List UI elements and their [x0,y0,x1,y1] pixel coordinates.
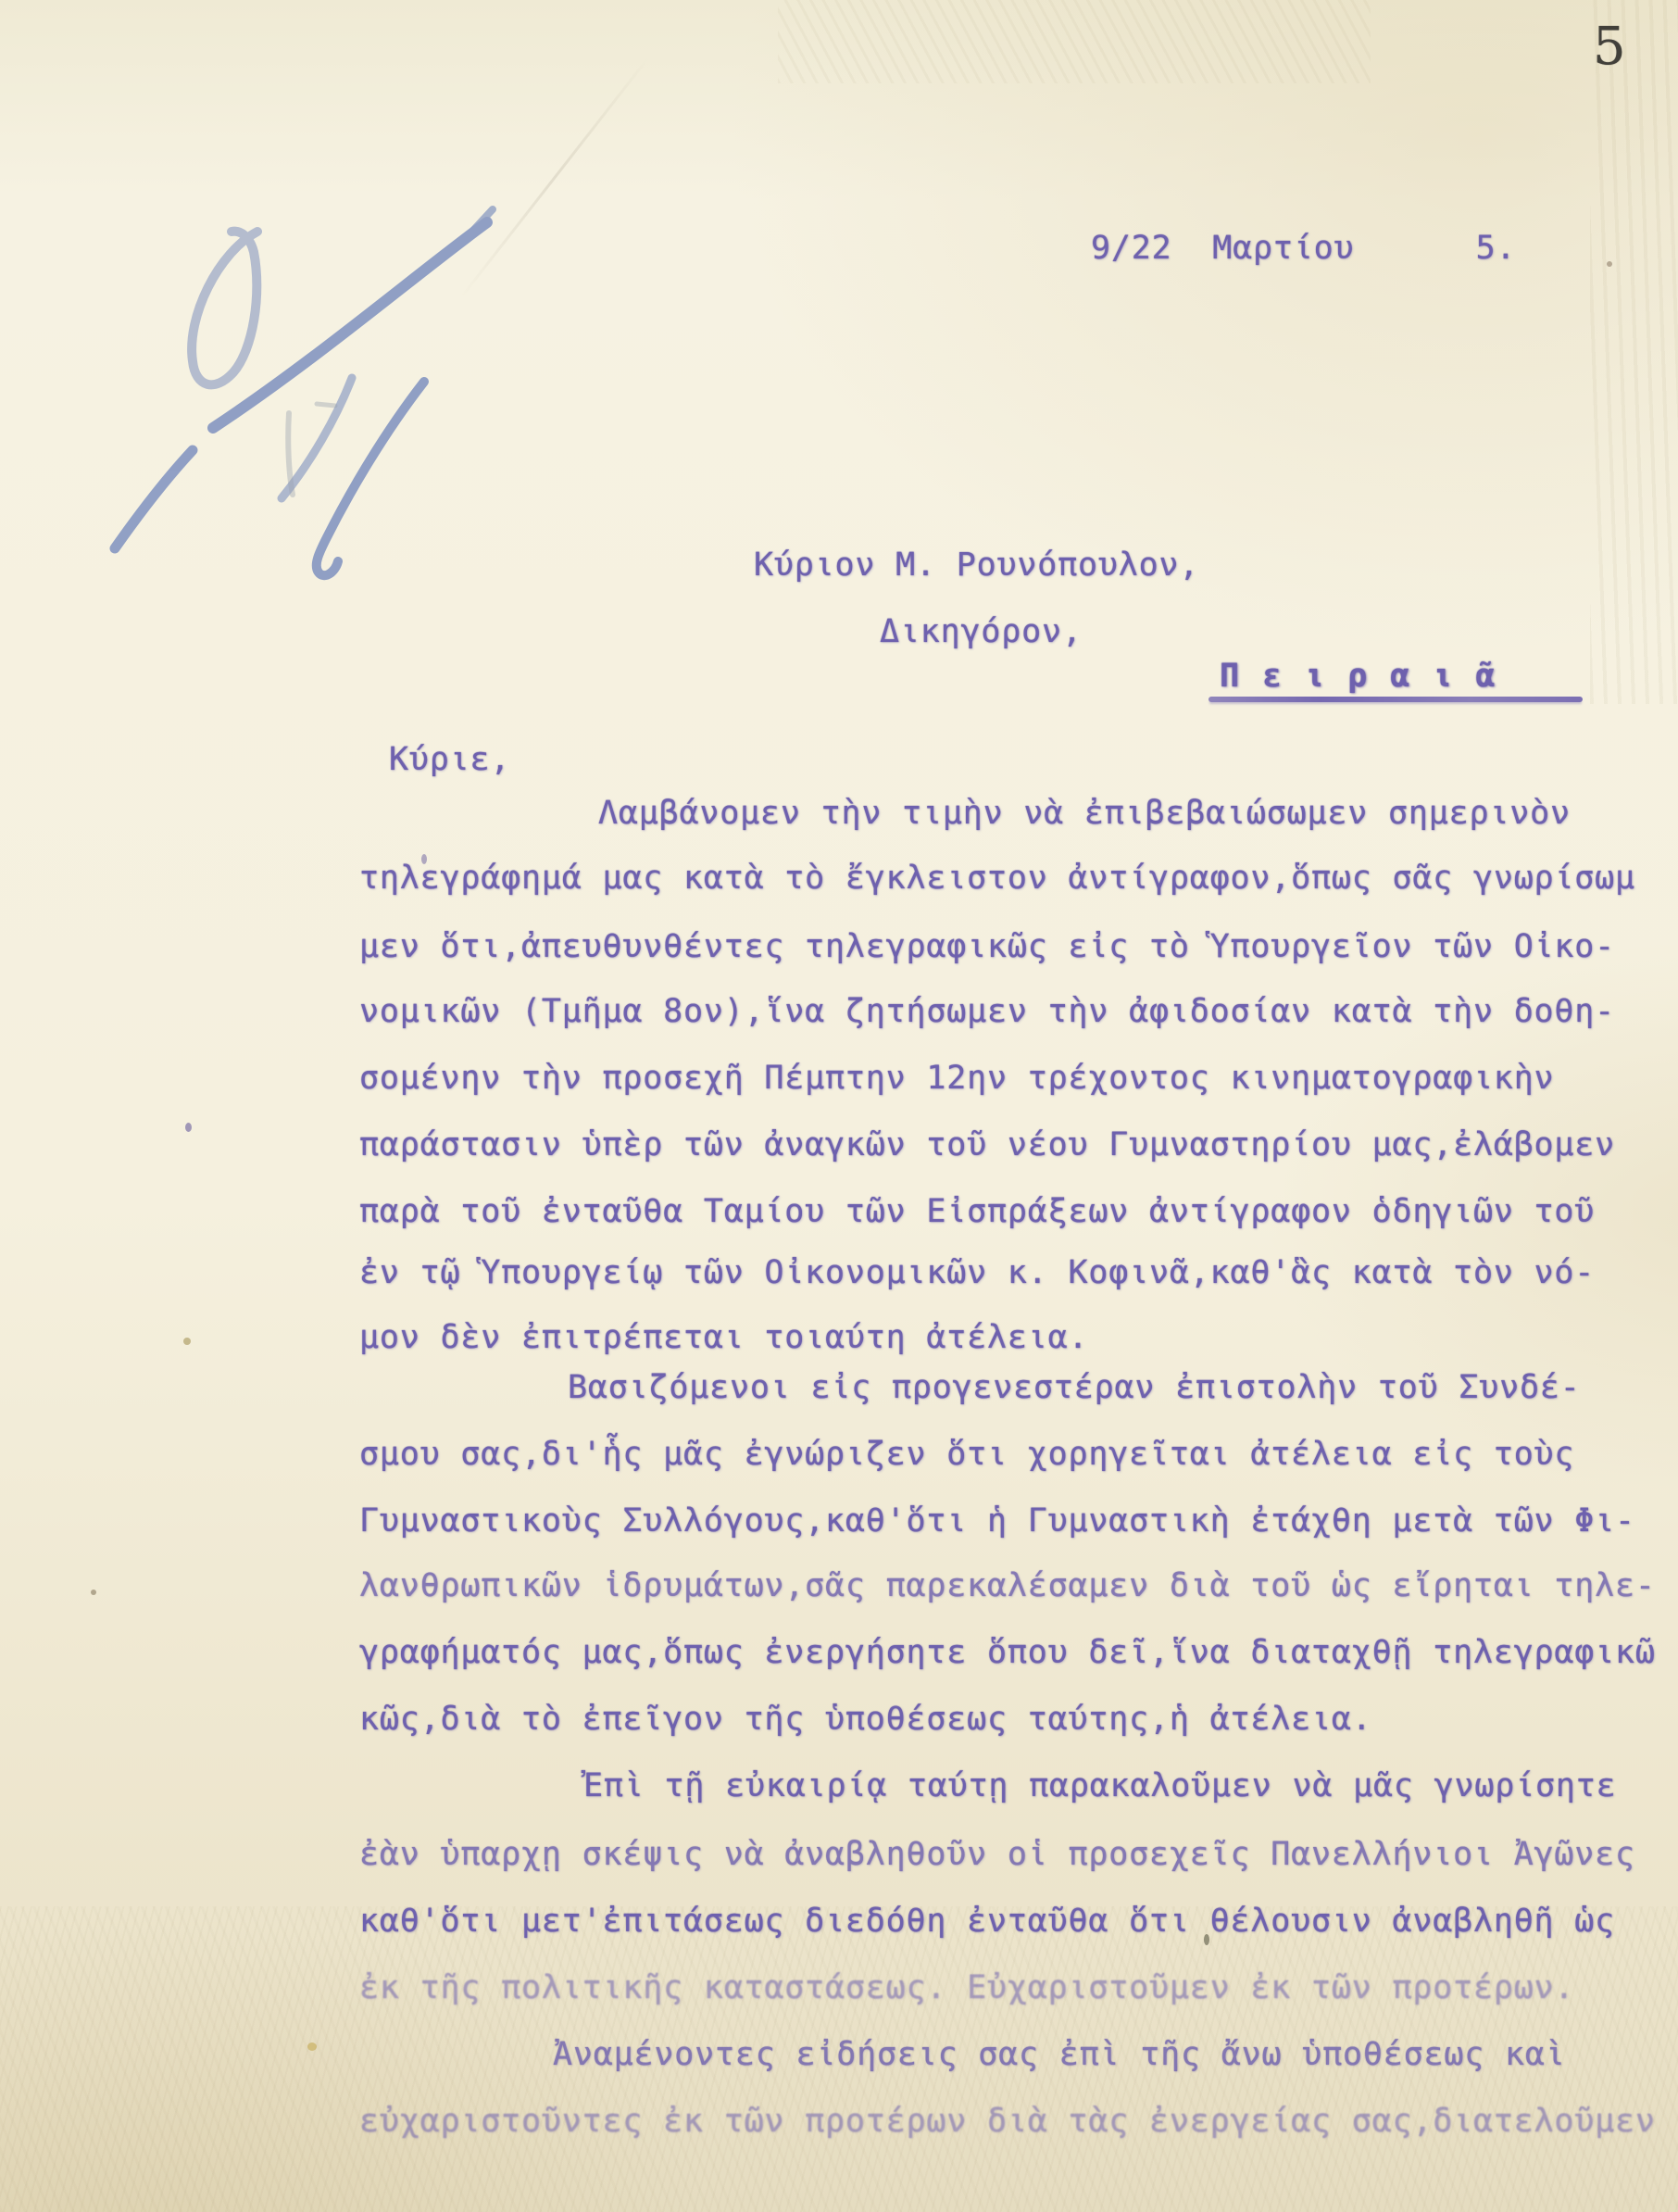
body-line: Ἀναμένοντες εἰδήσεις σας ἐπὶ τῆς ἄνω ὑπο… [553,2036,1566,2079]
body-line: νομικῶν (Τμῆμα 8ον),ἵνα ζητήσωμεν τὴν ἀφ… [359,993,1615,1036]
paper-speck [91,1590,96,1595]
body-line: σμου σας,δι'ἧς μᾶς ἐγνώριζεν ὅτι χορηγεῖ… [359,1436,1574,1478]
recipient-city: Πειραιᾶ [1220,658,1519,695]
body-line: λανθρωπικῶν ἱδρυμάτων,σᾶς παρεκαλέσαμεν … [359,1567,1656,1610]
recipient-title: Δικηγόρον, [880,613,1083,650]
scanned-letter-page: 5 9/22 Μαρτίου 5. Κύριον Μ. Ρουνόπουλον,… [0,0,1678,2212]
paper-speck [1204,1934,1209,1945]
ink-fleck [185,1123,192,1132]
body-line: μον δὲν ἐπιτρέπεται τοιαύτη ἀτέλεια. [359,1319,1088,1362]
ink-fleck [421,854,427,864]
body-line: τηλεγράφημά μας κατὰ τὸ ἔγκλειστον ἀντίγ… [359,860,1635,902]
body-line: ἐκ τῆς πολιτικῆς καταστάσεως. Εὐχαριστοῦ… [359,1969,1574,2012]
paper-crease-right [1590,0,1678,704]
body-line: παράστασιν ὑπὲρ τῶν ἀναγκῶν τοῦ νέου Γυμ… [359,1126,1615,1169]
body-line: Γυμναστικοὺς Συλλόγους,καθ'ὅτι ἡ Γυμναστ… [359,1502,1635,1545]
recipient-name: Κύριον Μ. Ρουνόπουλον, [754,547,1199,584]
body-line: γραφήματός μας,ὅπως ἐνεργήσητε ὅπου δεῖ,… [359,1634,1656,1677]
body-line: εὐχαριστοῦντες ἐκ τῶν προτέρων διὰ τὰς ἐ… [359,2103,1656,2145]
paper-speck [1607,261,1612,267]
date-line: 9/22 Μαρτίου 5. [1091,230,1516,267]
paper-speck [183,1338,191,1345]
paper-crinkle-top [778,0,1371,83]
body-line: Ἐπὶ τῇ εὐκαιρίᾳ ταύτῃ παρακαλοῦμεν νὰ μᾶ… [583,1767,1616,1810]
body-line: παρὰ τοῦ ἐνταῦθα Ταμίου τῶν Εἰσπράξεων ἀ… [359,1193,1595,1236]
body-line: ἐν τῷ Ὑπουργείῳ τῶν Οἰκονομικῶν κ. Κοφιν… [359,1254,1595,1297]
page-number: 5 [1593,17,1626,77]
body-line: Βασιζόμενοι εἰς προγενεστέραν ἐπιστολὴν … [568,1369,1581,1412]
body-line: Λαμβάνομεν τὴν τιμὴν νὰ ἐπιβεβαιώσωμεν σ… [598,795,1571,837]
body-line: σομένην τὴν προσεχῆ Πέμπτην 12ην τρέχοντ… [359,1060,1554,1102]
paper-speck [307,2042,317,2051]
salutation: Κύριε, [389,741,510,778]
body-line: κῶς,διὰ τὸ ἐπεῖγον τῆς ὑποθέσεως ταύτης,… [359,1701,1372,1743]
city-underline [1208,697,1583,702]
body-line: μεν ὅτι,ἀπευθυνθέντες τηλεγραφικῶς εἰς τ… [359,928,1615,971]
body-line: καθ'ὅτι μετ'ἐπιτάσεως διεδόθη ἐνταῦθα ὅτ… [359,1903,1615,1945]
body-line: ἐὰν ὑπαρχῃ σκέψις νὰ ἀναβληθοῦν οἱ προσε… [359,1836,1635,1879]
blue-pencil-mark-icon [74,185,519,621]
